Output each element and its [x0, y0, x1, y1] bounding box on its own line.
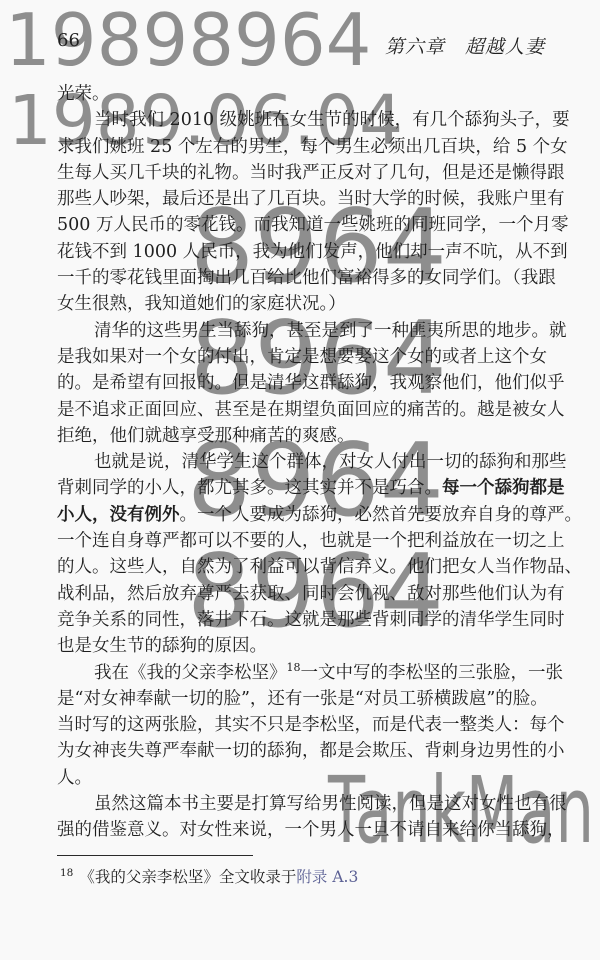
body-line: 求我们姚班 25 个左右的男生，每个男生必须出几百块，给 5 个女: [57, 134, 545, 160]
body-line: 也是女生节的舔狗的原因。: [57, 633, 545, 659]
body-line: 战利品，然后放弃尊严去获取、同时会仇视、敌对那些他们认为有: [57, 581, 545, 607]
footnote: 18《我的父亲李松坚》全文收录于附录 A.3: [60, 862, 545, 888]
body-line: 拒绝，他们就越享受那种痛苦的爽感。: [57, 423, 545, 449]
appendix-link[interactable]: 附录 A.3: [296, 868, 358, 886]
body-line: 清华的这些男生当舔狗，甚至是到了一种匪夷所思的地步。就: [57, 318, 545, 344]
body-line: 光荣。: [57, 81, 545, 107]
body-line: 是不追求正面回应、甚至是在期望负面回应的痛苦的。越是被女人: [57, 397, 545, 423]
body-line: 一千的零花钱里面掏出几百给比他们富裕得多的女同学们。（我跟: [57, 265, 545, 291]
body-line: 一个连自身尊严都可以不要的人，也就是一个把利益放在一切之上: [57, 528, 545, 554]
footnote-rule: [57, 855, 253, 856]
body-line: 当时写的这两张脸，其实不只是李松坚，而是代表一整类人：每个: [57, 712, 545, 738]
body-line: 那些人吵架，最后还是出了几百块。当时大学的时候，我账户里有: [57, 186, 545, 212]
footnote-text: 《我的父亲李松坚》全文收录于: [79, 868, 296, 886]
page-content: 66 第六章 超越人妻 光荣。当时我们 2010 级姚班在女生节的时候，有几个舔…: [0, 0, 600, 960]
book-page: 198989641989.06.048964896489648964TankMa…: [0, 0, 600, 960]
chapter-header: 第六章 超越人妻: [385, 32, 545, 59]
body-line: 人。: [57, 765, 545, 791]
footnote-marker: 18: [60, 867, 73, 879]
running-header: 66 第六章 超越人妻: [57, 30, 545, 54]
body-line: 小人，没有例外。一个人要成为舔狗，必然首先要放弃自身的尊严。: [57, 502, 545, 528]
page-body: 光荣。当时我们 2010 级姚班在女生节的时候，有几个舔狗头子，要求我们姚班 2…: [57, 81, 545, 844]
body-line: 背刺同学的小人，都尤其多。这其实并不是巧合。每一个舔狗都是: [57, 475, 545, 501]
body-line: 为女神丧失尊严奉献一切的舔狗，都是会欺压、背刺身边男性的小: [57, 738, 545, 764]
body-line: 花钱不到 1000 人民币，我为他们发声，他们却一声不吭，从不到: [57, 239, 545, 265]
body-line: 500 万人民币的零花钱。而我知道一些姚班的同班同学，一个月零: [57, 212, 545, 238]
body-line: 竞争关系的同性，落井下石。这就是那些背刺同学的清华学生同时: [57, 607, 545, 633]
body-line: 虽然这篇本书主要是打算写给男性阅读，但是这对女性也有很: [57, 791, 545, 817]
body-line: 我在《我的父亲李松坚》18一文中写的李松坚的三张脸，一张: [57, 660, 545, 686]
body-line: 的。是希望有回报的。但是清华这群舔狗，我观察他们，他们似乎: [57, 370, 545, 396]
body-line: 强的借鉴意义。对女性来说，一个男人一旦不请自来给你当舔狗，: [57, 817, 545, 843]
body-line: 当时我们 2010 级姚班在女生节的时候，有几个舔狗头子，要: [57, 107, 545, 133]
body-line: 的人。这些人，自然为了利益可以背信弃义。他们把女人当作物品、: [57, 554, 545, 580]
body-line: 女生很熟，我知道她们的家庭状况。）: [57, 291, 545, 317]
body-line: 是“对女神奉献一切的脸”，还有一张是“对员工骄横跋扈”的脸。: [57, 686, 545, 712]
page-number: 66: [57, 30, 80, 51]
body-line: 生每人买几千块的礼物。当时我严正反对了几句，但是还是懒得跟: [57, 160, 545, 186]
body-line: 是我如果对一个女的付出，肯定是想要娶这个女的或者上这个女: [57, 344, 545, 370]
body-line: 也就是说，清华学生这个群体，对女人付出一切的舔狗和那些: [57, 449, 545, 475]
